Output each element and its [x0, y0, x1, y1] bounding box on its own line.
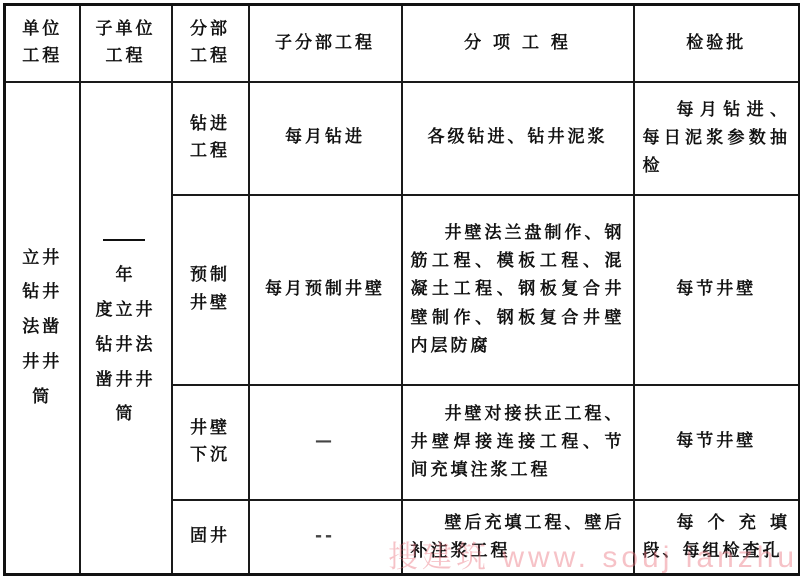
cell-text: 筒 — [32, 387, 52, 407]
division-cell: 固井 — [172, 500, 249, 575]
division-cell: 钻进 工程 — [172, 82, 249, 195]
cell-text: 钻进 — [190, 114, 230, 134]
cell-text: 法凿 — [22, 317, 62, 337]
division-cell: 预制 井壁 — [172, 195, 249, 385]
header-text: 工程 — [106, 46, 146, 66]
header-sub-unit-project: 子单位 工程 — [80, 5, 172, 82]
cell-text: 下沉 — [190, 445, 230, 465]
cell-text: 井井 — [22, 352, 62, 372]
sub-unit-project-cell: 年 度立井 钻井法 凿井井 筒 — [80, 82, 172, 575]
sub-division-cell: -- — [249, 500, 402, 575]
cell-text: 钻井 — [22, 282, 62, 302]
sub-division-cell: — — [249, 385, 402, 500]
cell-text: 度立井 — [96, 300, 156, 320]
header-text: 子单位 — [96, 19, 156, 39]
item-cell: 各级钻进、钻井泥浆 — [402, 82, 634, 195]
division-cell: 井壁 下沉 — [172, 385, 249, 500]
cell-text: 井壁 — [190, 418, 230, 438]
project-division-table: 单位 工程 子单位 工程 分部 工程 子分部工程 分 项 工 程 检验批 立井 … — [3, 3, 800, 576]
cell-text: 年 — [116, 265, 136, 285]
cell-text: 筒 — [116, 404, 136, 424]
year-blank-line — [103, 239, 145, 241]
unit-project-cell: 立井 钻井 法凿 井井 筒 — [5, 82, 80, 575]
batch-cell: 每节井壁 — [634, 195, 800, 385]
header-row: 单位 工程 子单位 工程 分部 工程 子分部工程 分 项 工 程 检验批 — [5, 5, 800, 82]
header-text: 分部 — [190, 19, 230, 39]
header-unit-project: 单位 工程 — [5, 5, 80, 82]
header-division: 分部 工程 — [172, 5, 249, 82]
header-text: 单位 — [22, 19, 62, 39]
header-text: 工程 — [22, 46, 62, 66]
item-cell: 井壁法兰盘制作、钢筋工程、模板工程、混凝土工程、钢板复合井壁制作、钢板复合井壁内… — [402, 195, 634, 385]
sub-division-cell: 每月钻进 — [249, 82, 402, 195]
sub-division-cell: 每月预制井壁 — [249, 195, 402, 385]
batch-cell: 每月钻进、每日泥浆参数抽检 — [634, 82, 800, 195]
cell-text: 凿井井 — [96, 370, 156, 390]
cell-text: 钻井法 — [96, 335, 156, 355]
table-row: 立井 钻井 法凿 井井 筒 年 度立井 钻井法 凿井井 筒 钻进 工程 每月钻进… — [5, 82, 800, 195]
header-item: 分 项 工 程 — [402, 5, 634, 82]
cell-text: 固井 — [190, 526, 230, 546]
batch-cell: 每个充填段、每组检查孔 — [634, 500, 800, 575]
item-cell: 壁后充填工程、壁后补注浆工程 — [402, 500, 634, 575]
cell-text: 井壁 — [190, 293, 230, 313]
batch-cell: 每节井壁 — [634, 385, 800, 500]
cell-text: 工程 — [190, 141, 230, 161]
item-cell: 井壁对接扶正工程、井壁焊接连接工程、节间充填注浆工程 — [402, 385, 634, 500]
cell-text: 预制 — [190, 265, 230, 285]
header-sub-division: 子分部工程 — [249, 5, 402, 82]
header-text: 工程 — [190, 46, 230, 66]
header-inspection-batch: 检验批 — [634, 5, 800, 82]
cell-text: 立井 — [22, 248, 62, 268]
